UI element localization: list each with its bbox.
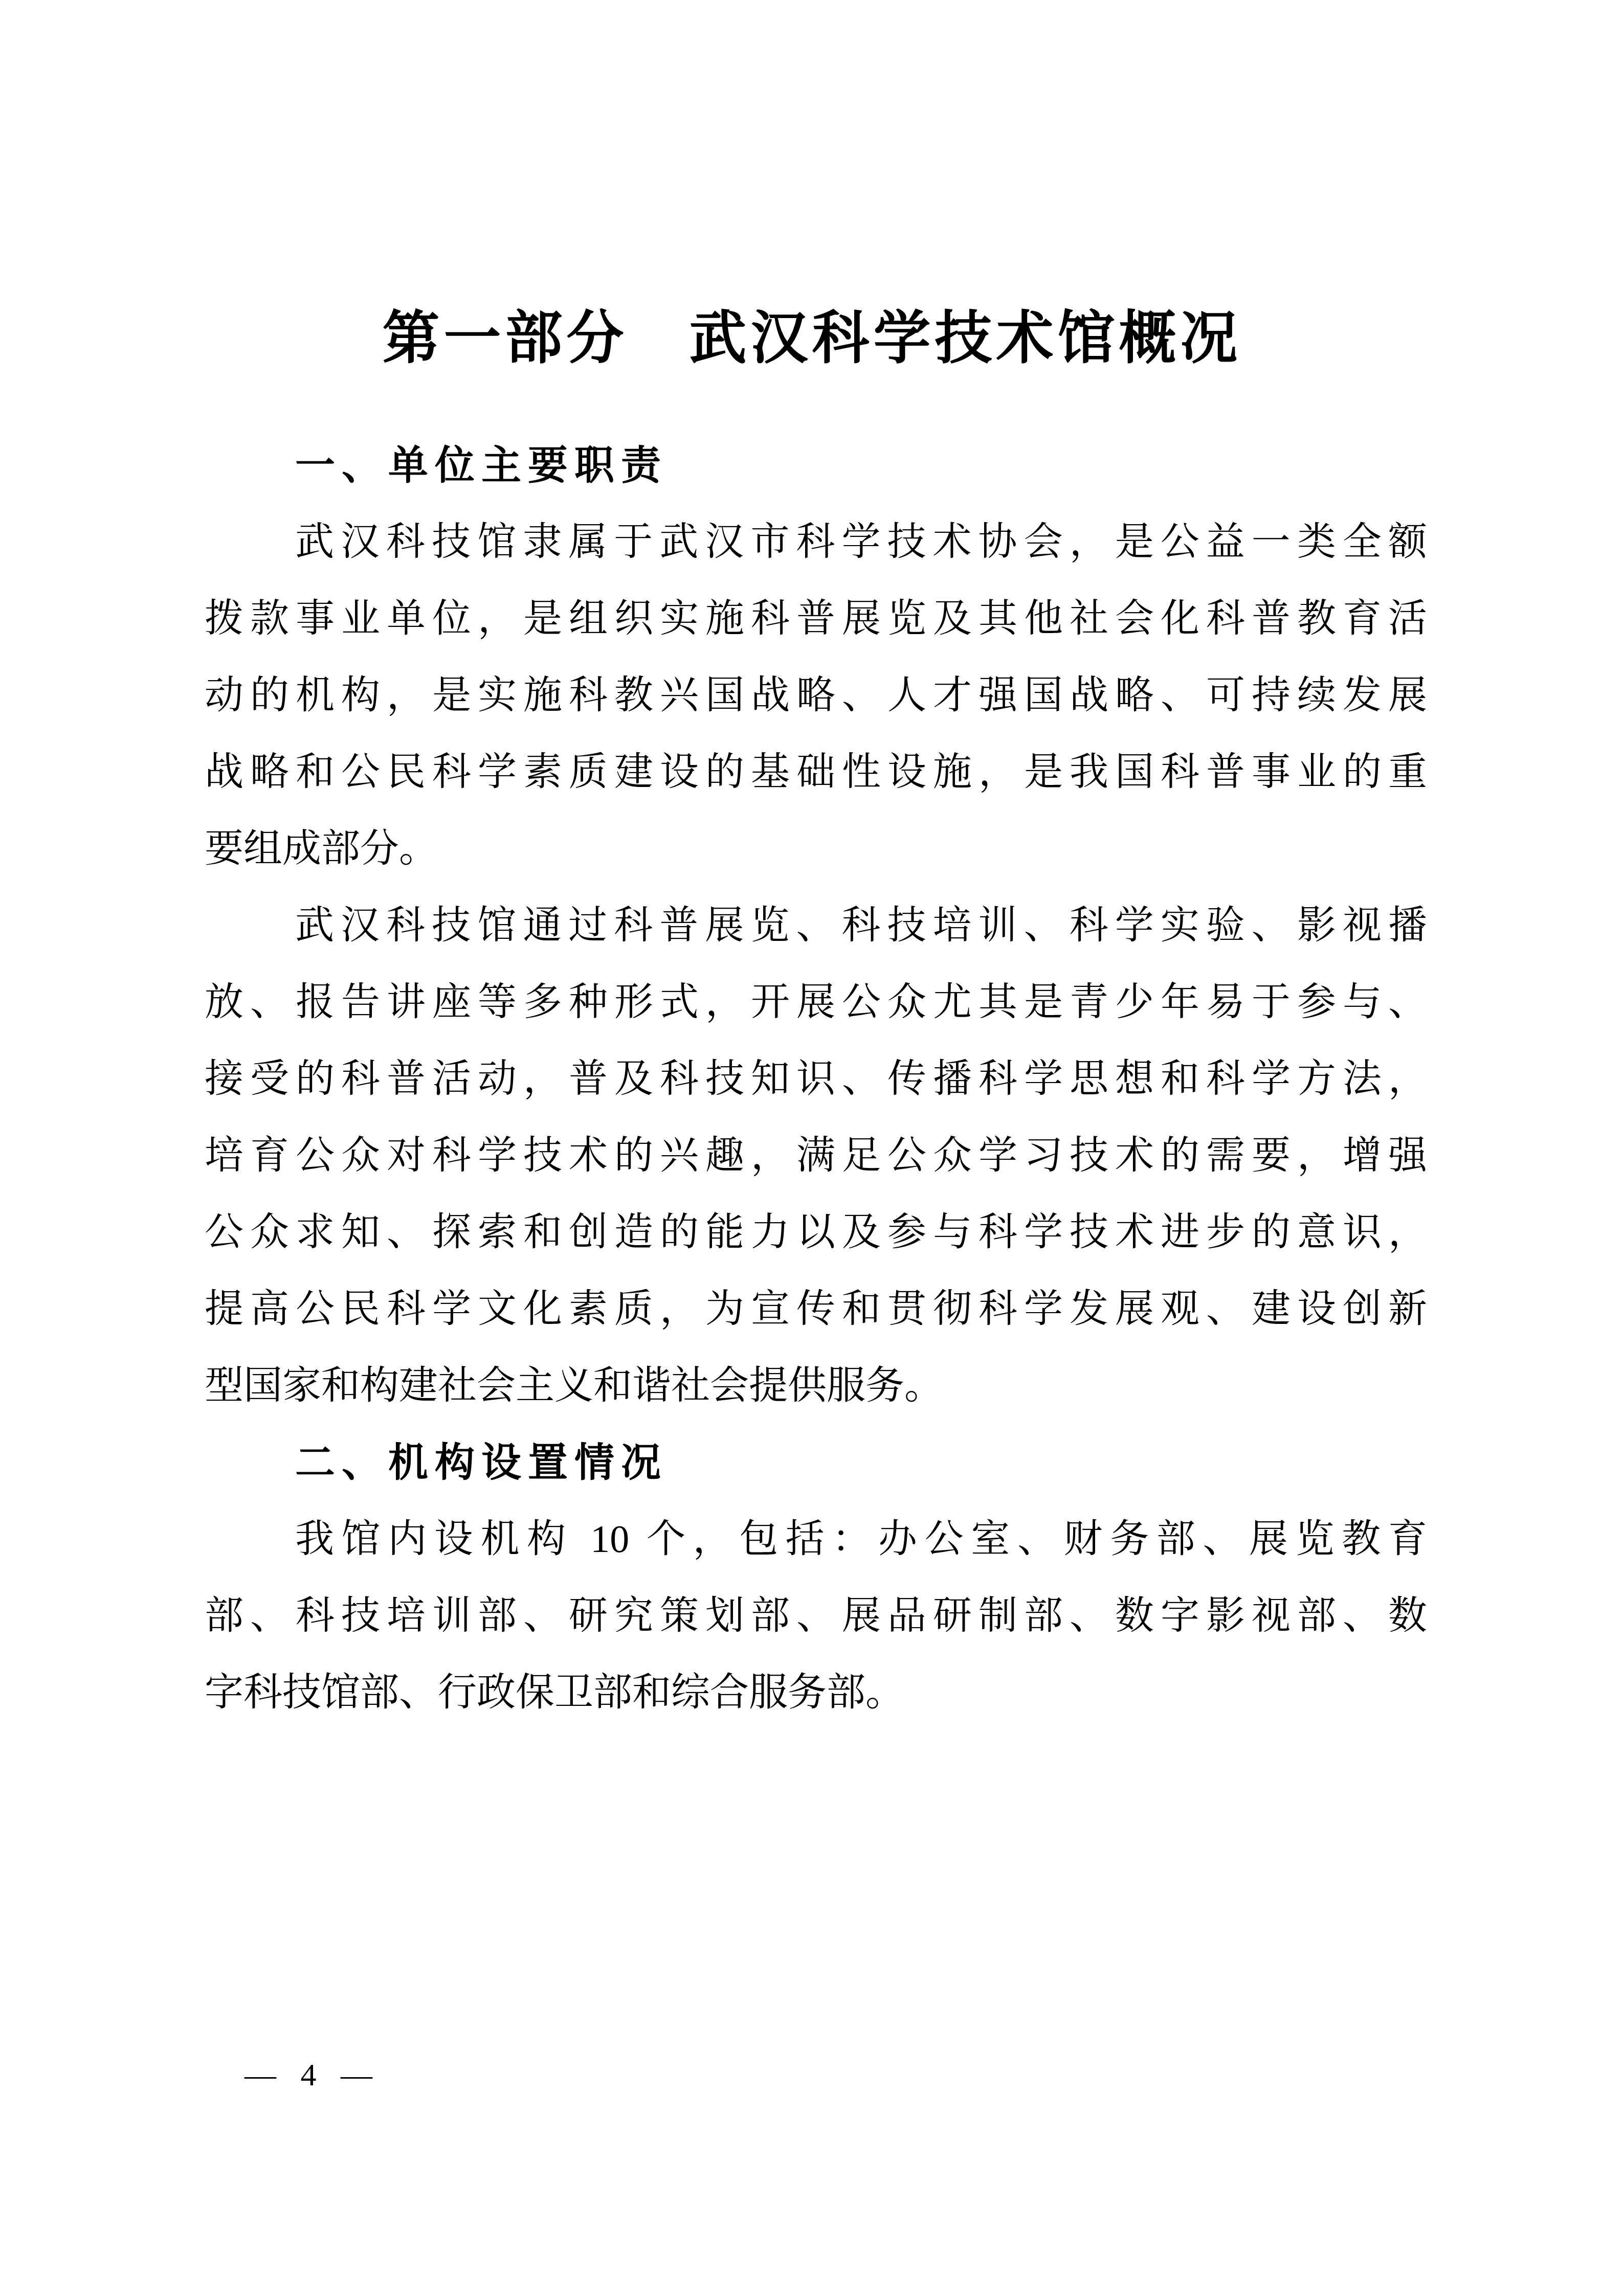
paragraph-line: 战略和公民科学素质建设的基础性设施，是我国科普事业的重 (205, 734, 1427, 811)
paragraph-line: 要组成部分。 (205, 811, 1427, 887)
paragraph-line: 动的机构，是实施科教兴国战略、人才强国战略、可持续发展 (205, 657, 1427, 734)
paragraph-line: 型国家和构建社会主义和谐社会提供服务。 (205, 1347, 1427, 1424)
paragraph-line: 公众求知、探索和创造的能力以及参与科学技术进步的意识， (205, 1194, 1427, 1271)
paragraph-line: 我馆内设机构 10 个，包括：办公室、财务部、展览教育 (205, 1501, 1427, 1578)
paragraph-line: 部、科技培训部、研究策划部、展品研制部、数字影视部、数 (205, 1578, 1427, 1654)
paragraph-line: 武汉科技馆通过科普展览、科技培训、科学实验、影视播 (205, 887, 1427, 964)
document-page: 第一部分 武汉科学技术馆概况 一、单位主要职责 武汉科技馆隶属于武汉市科学技术协… (0, 0, 1624, 2296)
page-number: — 4 — (244, 2055, 381, 2096)
paragraph-line: 提高公民科学文化素质，为宣传和贯彻科学发展观、建设创新 (205, 1271, 1427, 1347)
section-2-heading: 二、机构设置情况 (205, 1424, 1427, 1501)
paragraph-line: 放、报告讲座等多种形式，开展公众尤其是青少年易于参与、 (205, 964, 1427, 1041)
paragraph-line: 培育公众对科学技术的兴趣，满足公众学习技术的需要，增强 (205, 1117, 1427, 1194)
paragraph-line: 字科技馆部、行政保卫部和综合服务部。 (205, 1654, 1427, 1731)
document-title: 第一部分 武汉科学技术馆概况 (0, 301, 1624, 377)
paragraph-line: 接受的科普活动，普及科技知识、传播科学思想和科学方法， (205, 1041, 1427, 1117)
section-1-heading: 一、单位主要职责 (205, 427, 1427, 504)
paragraph-line: 武汉科技馆隶属于武汉市科学技术协会，是公益一类全额 (205, 504, 1427, 580)
paragraph-line: 拨款事业单位，是组织实施科普展览及其他社会化科普教育活 (205, 580, 1427, 657)
document-body: 一、单位主要职责 武汉科技馆隶属于武汉市科学技术协会，是公益一类全额 拨款事业单… (205, 427, 1427, 1731)
